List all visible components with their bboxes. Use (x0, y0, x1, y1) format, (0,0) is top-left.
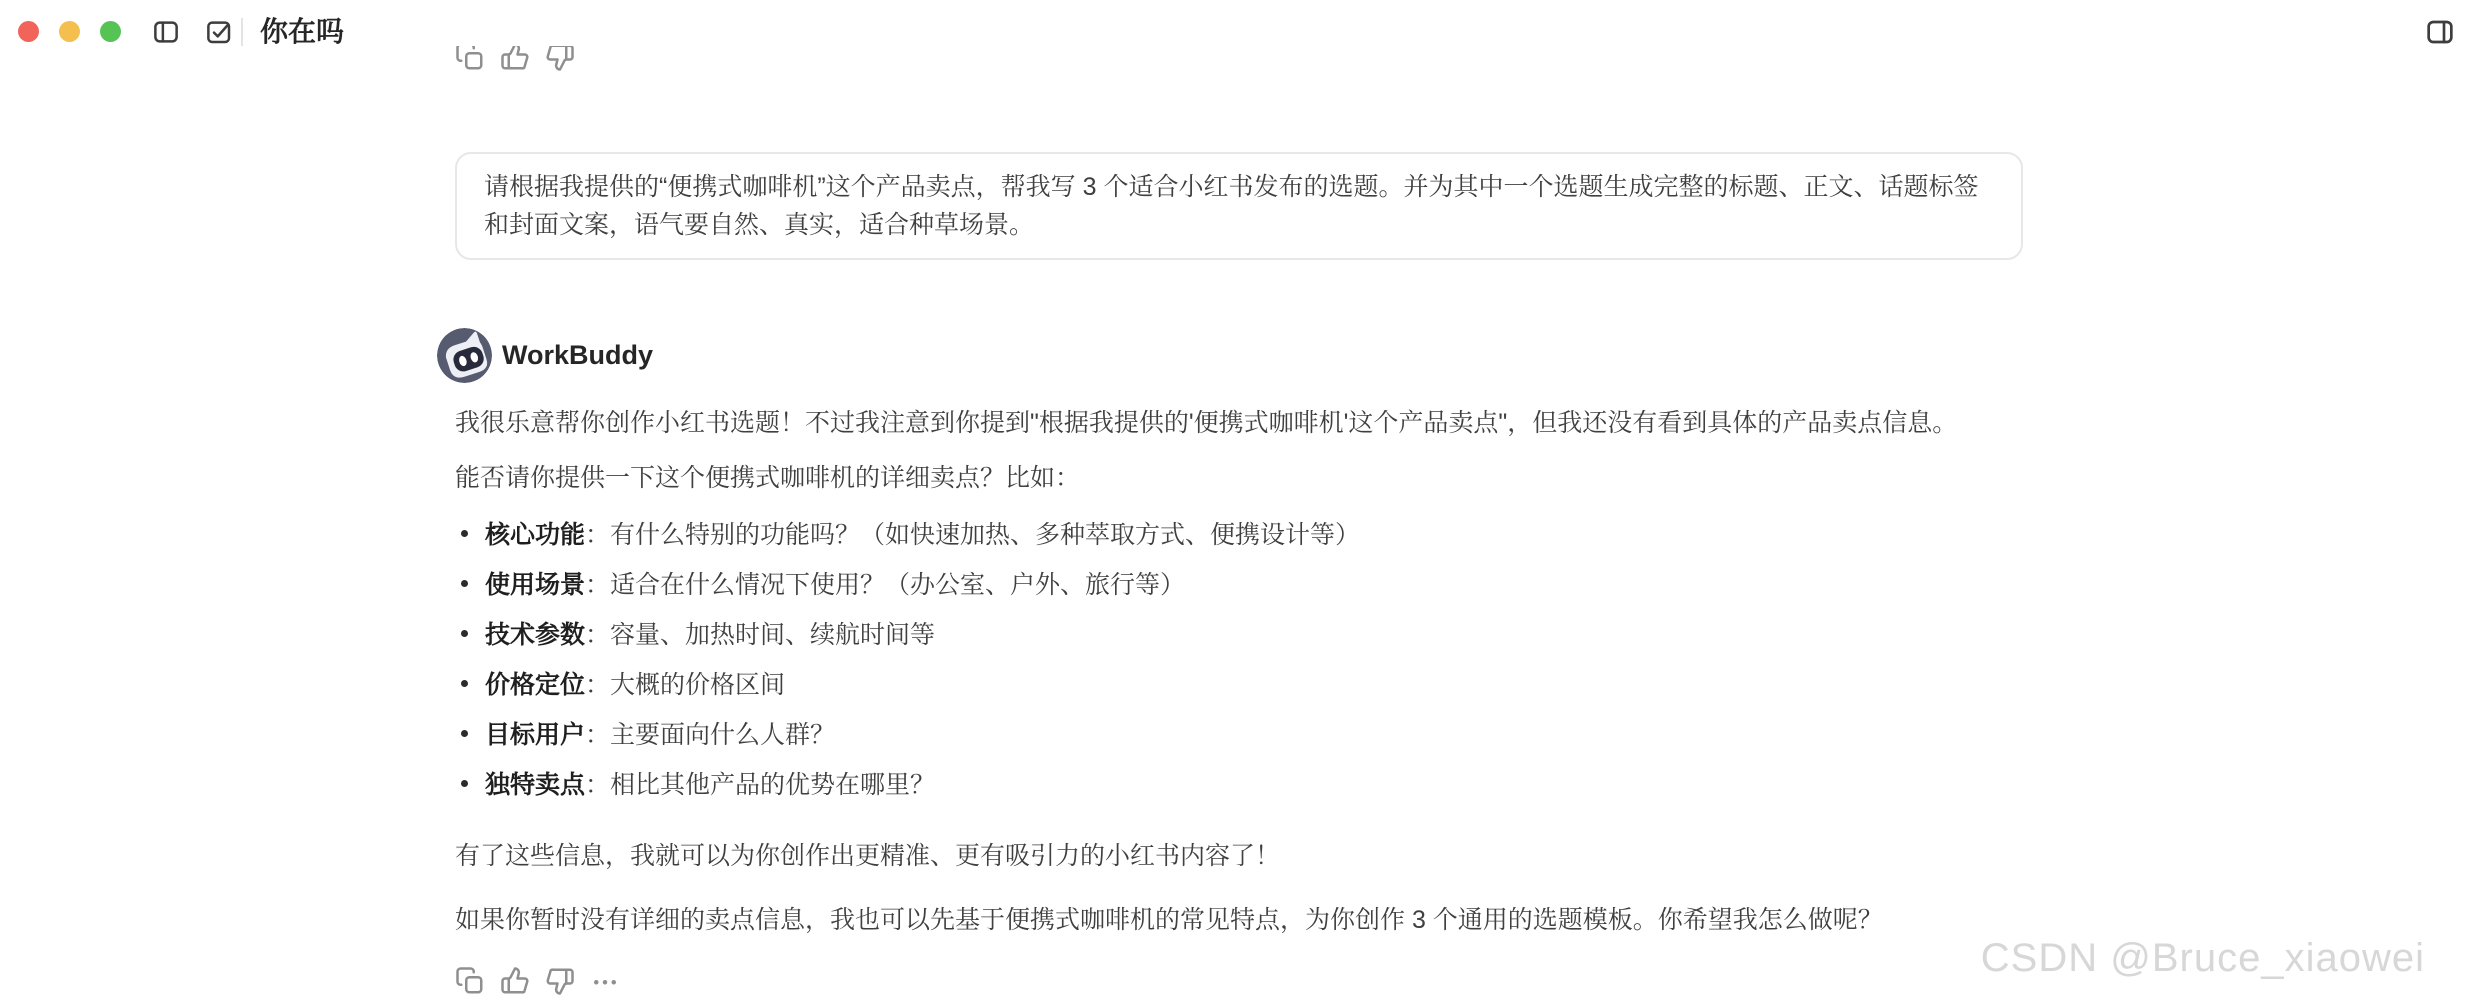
bullet-label: 目标用户 (485, 715, 585, 751)
titlebar-divider (241, 18, 243, 46)
maximize-window-button[interactable] (100, 21, 121, 42)
user-message-text: 请根据我提供的“便携式咖啡机”这个产品卖点，帮我写 3 个适合小红书发布的选题。… (484, 173, 1978, 239)
user-message-bubble: 请根据我提供的“便携式咖啡机”这个产品卖点，帮我写 3 个适合小红书发布的选题。… (455, 152, 2023, 260)
copy-icon (455, 46, 485, 72)
assistant-paragraph-4: 如果你暂时没有详细的卖点信息，我也可以先基于便携式咖啡机的常见特点，为你创作 3… (455, 901, 1883, 939)
thumbs-down-icon (545, 966, 575, 996)
watermark: CSDN @Bruce_xiaowei (1981, 936, 2425, 981)
list-item: 核心功能：有什么特别的功能吗？（如快速加热、多种萃取方式、便携设计等） (455, 508, 1360, 558)
bullet-label: 使用场景 (485, 565, 585, 601)
traffic-lights (18, 21, 121, 42)
copy-button[interactable] (455, 966, 485, 996)
sidebar-toggle-button[interactable] (150, 17, 182, 47)
thumbs-down-button[interactable] (545, 46, 575, 72)
assistant-paragraph-2: 能否请你提供一下这个便携式咖啡机的详细卖点？比如： (455, 459, 1080, 497)
more-options-icon (590, 966, 620, 996)
thumbs-up-button[interactable] (500, 966, 530, 996)
list-item: 独特卖点：相比其他产品的优势在哪里？ (455, 758, 1360, 808)
bullet-icon (461, 530, 468, 537)
thumbs-down-icon (545, 46, 575, 72)
sidebar-toggle-icon (150, 17, 182, 47)
thumbs-up-icon (500, 46, 530, 72)
copy-button[interactable] (455, 46, 485, 72)
bullet-text: ：容量、加热时间、续航时间等 (585, 615, 935, 651)
bullet-icon (461, 630, 468, 637)
new-task-icon (204, 17, 234, 47)
assistant-paragraph-3: 有了这些信息，我就可以为你创作出更精准、更有吸引力的小红书内容了！ (455, 837, 1280, 875)
bullet-label: 独特卖点 (485, 765, 585, 801)
right-panel-toggle-button[interactable] (2424, 17, 2456, 47)
bullet-text: ：主要面向什么人群？ (585, 715, 835, 751)
list-item: 目标用户：主要面向什么人群？ (455, 708, 1360, 758)
bullet-icon (461, 580, 468, 587)
assistant-name: WorkBuddy (502, 340, 653, 371)
bullet-label: 核心功能 (485, 515, 585, 551)
new-task-button[interactable] (203, 17, 235, 47)
right-panel-toggle-icon (2424, 16, 2456, 48)
assistant-paragraph-1: 我很乐意帮你创作小红书选题！不过我注意到你提到"根据我提供的'便携式咖啡机'这个… (455, 404, 1957, 442)
minimize-window-button[interactable] (59, 21, 80, 42)
thumbs-down-button[interactable] (545, 966, 575, 996)
bullet-label: 技术参数 (485, 615, 585, 651)
list-item: 技术参数：容量、加热时间、续航时间等 (455, 608, 1360, 658)
avatar (437, 328, 492, 383)
thumbs-up-button[interactable] (500, 46, 530, 72)
selling-points-list: 核心功能：有什么特别的功能吗？（如快速加热、多种萃取方式、便携设计等） 使用场景… (455, 508, 1360, 808)
previous-message-actions-clipped (455, 46, 755, 72)
bullet-text: ：有什么特别的功能吗？（如快速加热、多种萃取方式、便携设计等） (585, 515, 1360, 551)
workbuddy-robot-icon (437, 328, 492, 383)
bullet-icon (461, 730, 468, 737)
bullet-label: 价格定位 (485, 665, 585, 701)
titlebar: 你在吗 (0, 0, 2482, 64)
bullet-icon (461, 780, 468, 787)
more-options-button[interactable] (590, 966, 620, 996)
list-item: 价格定位：大概的价格区间 (455, 658, 1360, 708)
bullet-text: ：相比其他产品的优势在哪里？ (585, 765, 935, 801)
message-actions (455, 966, 620, 996)
page-title: 你在吗 (260, 0, 344, 64)
bullet-text: ：大概的价格区间 (585, 665, 785, 701)
close-window-button[interactable] (18, 21, 39, 42)
assistant-header: WorkBuddy (437, 328, 653, 383)
bullet-icon (461, 680, 468, 687)
bullet-text: ：适合在什么情况下使用？（办公室、户外、旅行等） (585, 565, 1185, 601)
thumbs-up-icon (500, 966, 530, 996)
list-item: 使用场景：适合在什么情况下使用？（办公室、户外、旅行等） (455, 558, 1360, 608)
copy-icon (455, 966, 485, 996)
